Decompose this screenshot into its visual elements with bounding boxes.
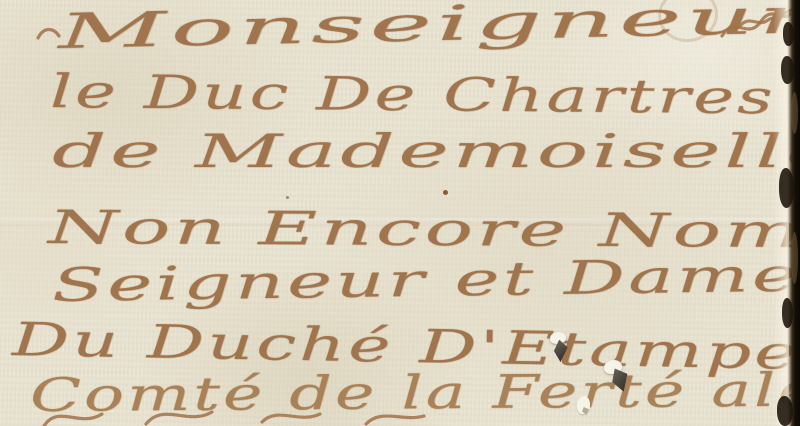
handwriting-line-2: le Duc De Chartres et xyxy=(50,68,800,121)
handwriting-line-4: Non Encore Nommée xyxy=(48,204,800,255)
ink-dot xyxy=(443,190,448,195)
edge-light-patch xyxy=(791,232,798,284)
edge-blob xyxy=(777,396,793,426)
paper-worn-spot xyxy=(577,396,593,418)
partial-line-bottom xyxy=(36,408,456,426)
edge-blob xyxy=(781,56,794,84)
edge-blob xyxy=(782,298,793,328)
handwriting-line-1: Monseigneur xyxy=(57,0,800,56)
ink-dot xyxy=(286,196,289,199)
paper-hole-1 xyxy=(550,332,572,364)
edge-blob xyxy=(783,22,794,46)
ink-flourish-lead xyxy=(36,22,62,44)
edge-light-patch xyxy=(791,92,798,134)
edge-blob xyxy=(779,168,794,208)
manuscript-page: Monseigneur le Duc De Chartres et de Mad… xyxy=(0,0,800,426)
handwriting-line-3: de Mademoiselle xyxy=(52,128,800,174)
handwriting-line-5: Seigneur et Dame xyxy=(52,252,800,308)
paper-hole-2 xyxy=(604,358,632,396)
